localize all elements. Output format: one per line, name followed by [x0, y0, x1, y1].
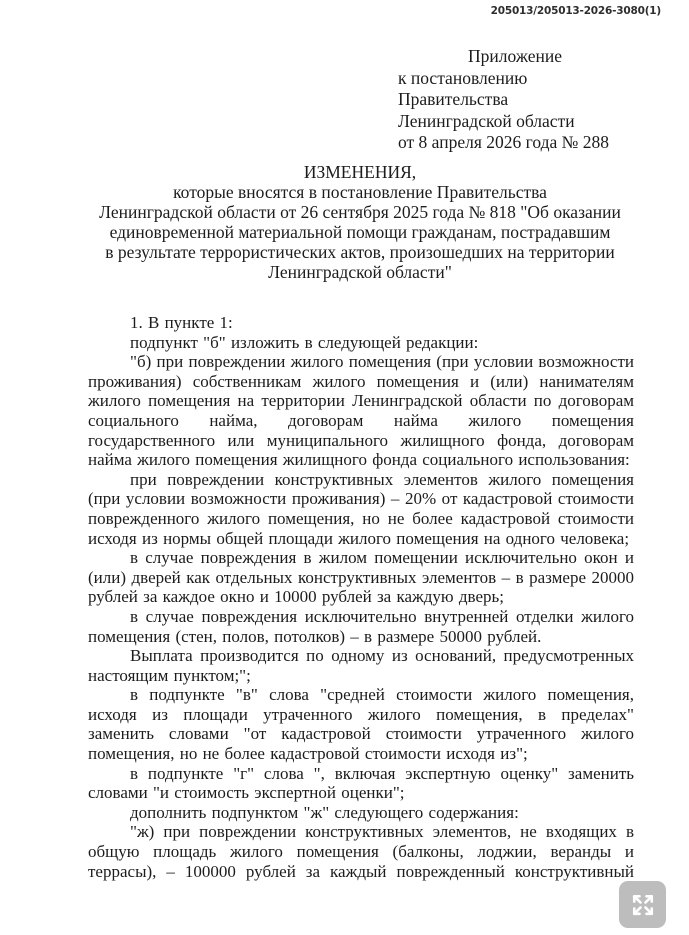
body-paragraph: "ж) при повреждении конструктивных элеме…: [88, 822, 634, 881]
expand-arrows-icon: [628, 890, 658, 920]
body-paragraph: 1. В пункте 1:: [88, 313, 634, 333]
appendix-block: Приложение к постановлению Правительства…: [398, 46, 632, 154]
appendix-line: от 8 апреля 2026 года № 288: [398, 132, 632, 154]
appendix-line: к постановлению Правительства: [398, 68, 632, 111]
body-paragraph: в подпункте "г" слова ", включая эксперт…: [88, 764, 634, 803]
title-line: Ленинградской области от 26 сентября 202…: [86, 202, 634, 222]
title-line: Ленинградской области": [86, 262, 634, 282]
document-page: 205013/205013-2026-3080(1) Приложение к …: [0, 0, 689, 935]
fullscreen-expand-button[interactable]: [619, 881, 666, 928]
document-body: 1. В пункте 1: подпункт "б" изложить в с…: [88, 313, 634, 881]
appendix-line: Приложение: [398, 46, 632, 68]
body-paragraph: при повреждении конструктивных элементов…: [88, 470, 634, 548]
body-paragraph: Выплата производится по одному из основа…: [88, 646, 634, 685]
title-line: которые вносятся в постановление Правите…: [86, 182, 634, 202]
body-paragraph: в подпункте "в" слова "средней стоимости…: [88, 685, 634, 763]
body-paragraph: в случае повреждения исключительно внутр…: [88, 607, 634, 646]
title-line: в результате террористических актов, про…: [86, 242, 634, 262]
body-paragraph: дополнить подпунктом "ж" следующего соде…: [88, 803, 634, 823]
document-registration-number: 205013/205013-2026-3080(1): [491, 5, 661, 17]
body-paragraph: "б) при повреждении жилого помещения (пр…: [88, 352, 634, 470]
body-paragraph: подпункт "б" изложить в следующей редакц…: [88, 333, 634, 353]
title-line: единовременной материальной помощи гражд…: [86, 222, 634, 242]
appendix-line: Ленинградской области: [398, 111, 632, 133]
body-paragraph: в случае повреждения в жилом помещении и…: [88, 548, 634, 607]
title-line: ИЗМЕНЕНИЯ,: [86, 162, 634, 182]
document-title: ИЗМЕНЕНИЯ, которые вносятся в постановле…: [86, 162, 634, 282]
